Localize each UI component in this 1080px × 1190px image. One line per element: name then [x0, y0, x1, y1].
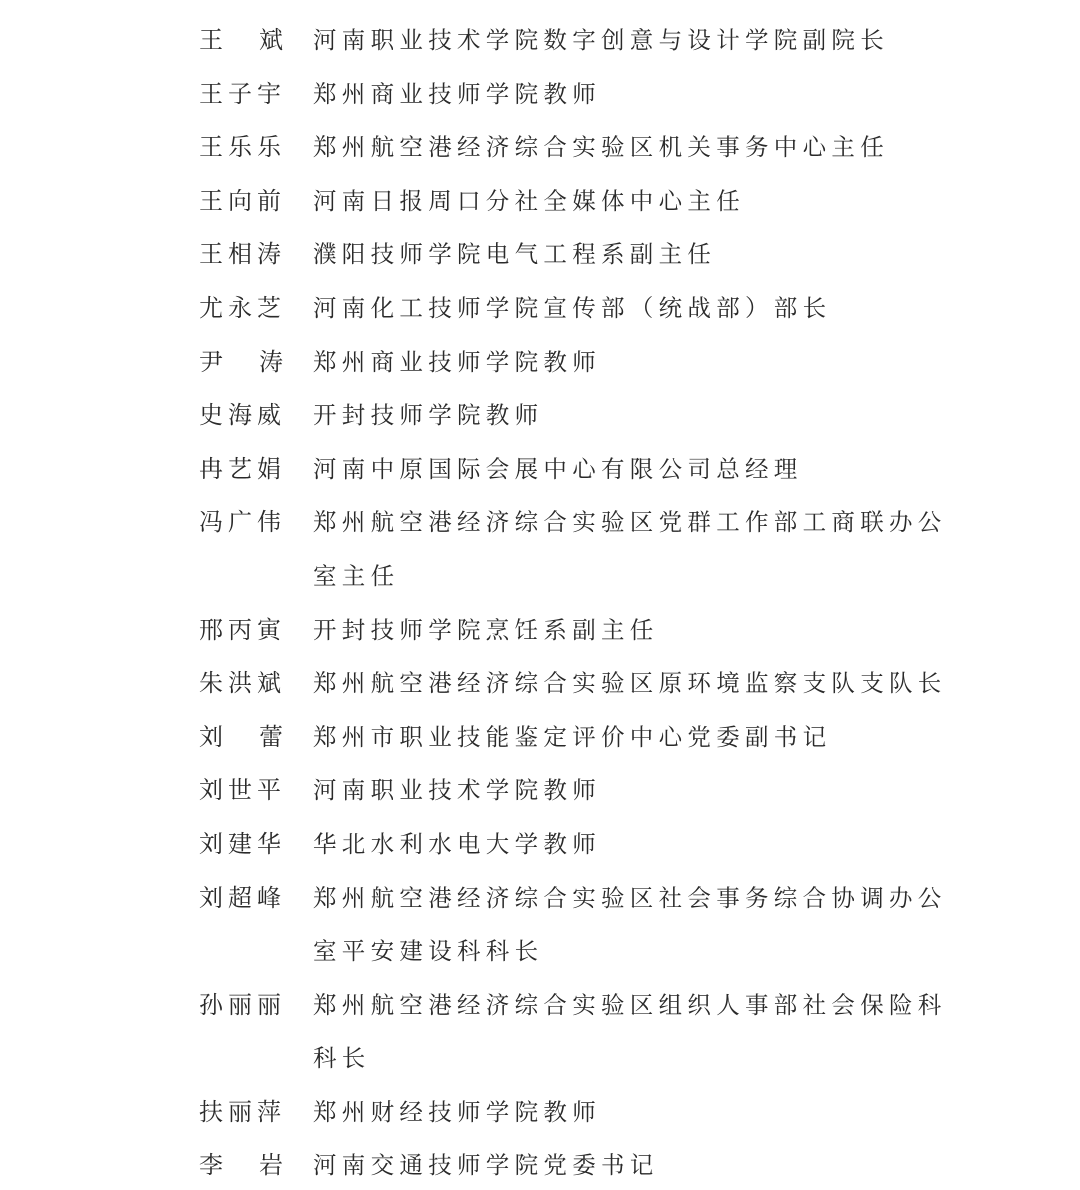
person-position: 郑州航空港经济综合实验区组织人事部社会保险科科长: [313, 979, 959, 1086]
person-position: 郑州财经技师学院教师: [313, 1086, 959, 1140]
list-item: 孙丽丽 郑州航空港经济综合实验区组织人事部社会保险科科长: [199, 979, 959, 1086]
person-name: 朱洪斌: [199, 657, 313, 711]
person-position: 郑州航空港经济综合实验区社会事务综合协调办公室平安建设科科长: [313, 872, 959, 979]
person-position: 郑州市职业技能鉴定评价中心党委副书记: [313, 711, 959, 765]
name-char: 李: [199, 1139, 223, 1190]
list-item: 王子宇 郑州商业技师学院教师: [199, 68, 959, 122]
list-item: 冯广伟 郑州航空港经济综合实验区党群工作部工商联办公室主任: [199, 496, 959, 603]
list-item: 史海威 开封技师学院教师: [199, 389, 959, 443]
name-char: 岩: [259, 1139, 283, 1190]
person-name: 冯广伟: [199, 496, 313, 550]
person-name: 尤永芝: [199, 282, 313, 336]
person-name: 尹 涛: [199, 336, 313, 390]
person-name: 李 岩: [199, 1139, 313, 1190]
person-position: 郑州航空港经济综合实验区党群工作部工商联办公室主任: [313, 496, 959, 603]
list-item: 王向前 河南日报周口分社全媒体中心主任: [199, 175, 959, 229]
name-char: 涛: [259, 336, 283, 390]
list-item: 李 岩 河南交通技师学院党委书记: [199, 1139, 959, 1190]
person-name: 邢丙寅: [199, 604, 313, 658]
person-name: 王 斌: [199, 14, 313, 68]
person-name: 孙丽丽: [199, 979, 313, 1033]
person-name: 王乐乐: [199, 121, 313, 175]
person-position: 华北水利水电大学教师: [313, 818, 959, 872]
person-name: 王向前: [199, 175, 313, 229]
list-item: 王相涛 濮阳技师学院电气工程系副主任: [199, 228, 959, 282]
person-position: 河南职业技术学院数字创意与设计学院副院长: [313, 14, 959, 68]
person-position: 郑州商业技师学院教师: [313, 336, 959, 390]
person-position: 郑州商业技师学院教师: [313, 68, 959, 122]
person-position: 郑州航空港经济综合实验区机关事务中心主任: [313, 121, 959, 175]
person-name: 刘世平: [199, 764, 313, 818]
person-position: 开封技师学院教师: [313, 389, 959, 443]
list-item: 王 斌 河南职业技术学院数字创意与设计学院副院长: [199, 14, 959, 68]
name-char: 刘: [199, 711, 223, 765]
person-position: 濮阳技师学院电气工程系副主任: [313, 228, 959, 282]
person-name: 扶丽萍: [199, 1086, 313, 1140]
list-item: 刘超峰 郑州航空港经济综合实验区社会事务综合协调办公室平安建设科科长: [199, 872, 959, 979]
person-position: 河南化工技师学院宣传部（统战部）部长: [313, 282, 959, 336]
list-item: 尤永芝 河南化工技师学院宣传部（统战部）部长: [199, 282, 959, 336]
name-char: 斌: [259, 14, 283, 68]
person-name: 刘建华: [199, 818, 313, 872]
person-position: 河南中原国际会展中心有限公司总经理: [313, 443, 959, 497]
person-name: 刘超峰: [199, 872, 313, 926]
person-position: 开封技师学院烹饪系副主任: [313, 604, 959, 658]
person-position: 河南日报周口分社全媒体中心主任: [313, 175, 959, 229]
person-name: 王子宇: [199, 68, 313, 122]
person-name: 史海威: [199, 389, 313, 443]
person-position: 河南职业技术学院教师: [313, 764, 959, 818]
person-position: 郑州航空港经济综合实验区原环境监察支队支队长: [313, 657, 959, 711]
person-name: 王相涛: [199, 228, 313, 282]
name-char: 尹: [199, 336, 223, 390]
list-item: 朱洪斌 郑州航空港经济综合实验区原环境监察支队支队长: [199, 657, 959, 711]
list-item: 刘世平 河南职业技术学院教师: [199, 764, 959, 818]
person-name: 冉艺娟: [199, 443, 313, 497]
list-item: 邢丙寅 开封技师学院烹饪系副主任: [199, 604, 959, 658]
personnel-list: 王 斌 河南职业技术学院数字创意与设计学院副院长 王子宇 郑州商业技师学院教师 …: [199, 14, 959, 1190]
person-position: 河南交通技师学院党委书记: [313, 1139, 959, 1190]
list-item: 王乐乐 郑州航空港经济综合实验区机关事务中心主任: [199, 121, 959, 175]
list-item: 刘 蕾 郑州市职业技能鉴定评价中心党委副书记: [199, 711, 959, 765]
list-item: 扶丽萍 郑州财经技师学院教师: [199, 1086, 959, 1140]
person-name: 刘 蕾: [199, 711, 313, 765]
list-item: 尹 涛 郑州商业技师学院教师: [199, 336, 959, 390]
list-item: 冉艺娟 河南中原国际会展中心有限公司总经理: [199, 443, 959, 497]
list-item: 刘建华 华北水利水电大学教师: [199, 818, 959, 872]
name-char: 蕾: [259, 711, 283, 765]
name-char: 王: [199, 14, 223, 68]
